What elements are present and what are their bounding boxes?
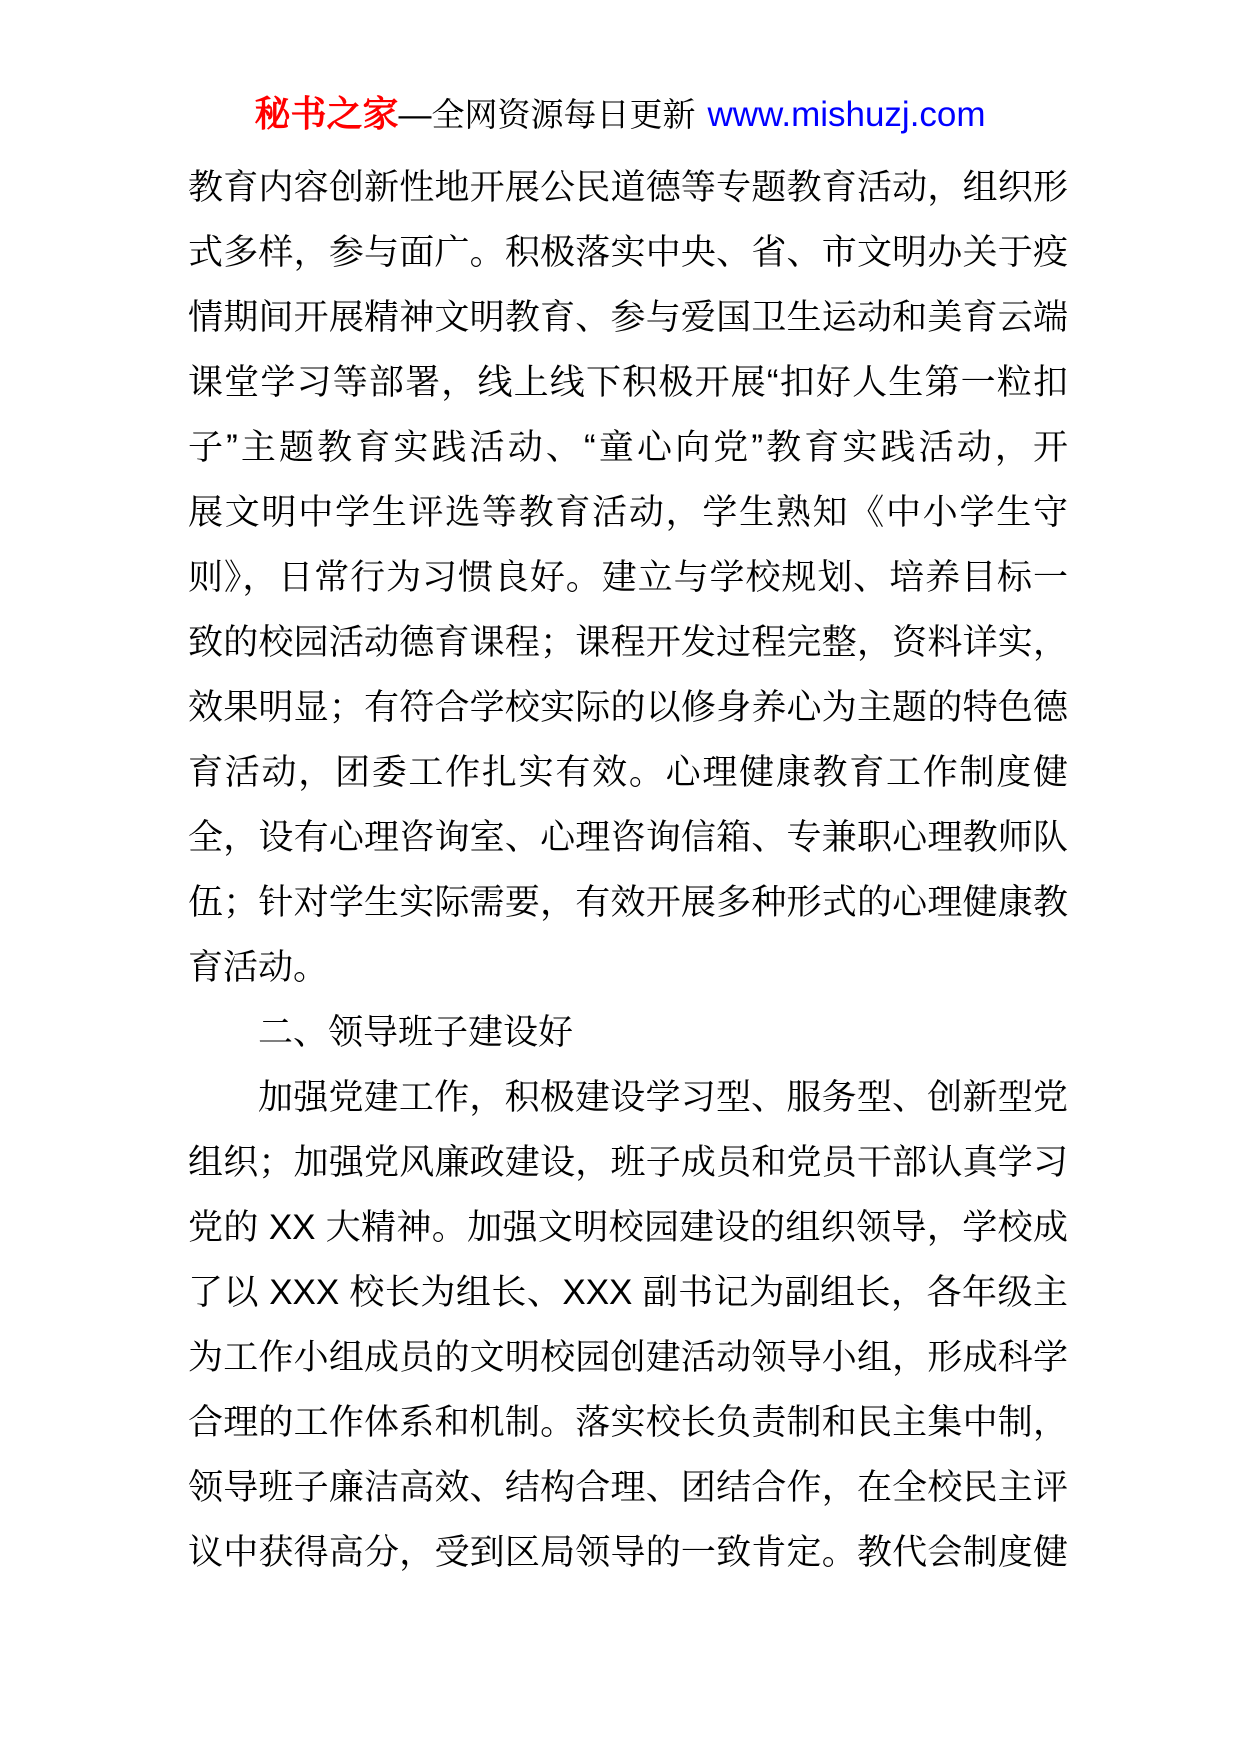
document-page: 秘书之家—全网资源每日更新www.mishuzj.com 教育内容创新性地开展公… — [0, 0, 1240, 1754]
text-line: 伍；针对学生实际需要，有效开展多种形式的心理健康教 — [188, 870, 1068, 935]
text-line: 加强党建工作，积极建设学习型、服务型、创新型党 — [188, 1065, 1068, 1130]
document-body: 教育内容创新性地开展公民道德等专题教育活动，组织形式多样，参与面广。积极落实中央… — [188, 155, 1068, 1585]
text-line: 组织；加强党风廉政建设，班子成员和党员干部认真学习 — [188, 1130, 1068, 1195]
text-line: 则》，日常行为习惯良好。建立与学校规划、培养目标一 — [188, 545, 1068, 610]
text-line: 党的 XX 大精神。加强文明校园建设的组织领导，学校成立 — [188, 1195, 1068, 1260]
text-line: 式多样，参与面广。积极落实中央、省、市文明办关于疫 — [188, 220, 1068, 285]
site-url-link[interactable]: www.mishuzj.com — [707, 95, 985, 134]
text-line: 课堂学习等部署，线上线下积极开展“扣好人生第一粒扣 — [188, 350, 1068, 415]
text-line: 了以 XXX 校长为组长、XXX 副书记为副组长，各年级主任 — [188, 1260, 1068, 1325]
text-line: 育活动，团委工作扎实有效。心理健康教育工作制度健 — [188, 740, 1068, 805]
text-line: 子”主题教育实践活动、“童心向党”教育实践活动，开 — [188, 415, 1068, 480]
text-line: 为工作小组成员的文明校园创建活动领导小组，形成科学 — [188, 1325, 1068, 1390]
text-line: 教育内容创新性地开展公民道德等专题教育活动，组织形 — [188, 155, 1068, 220]
section-heading: 二、领导班子建设好 — [188, 1000, 1068, 1065]
text-line: 合理的工作体系和机制。落实校长负责制和民主集中制， — [188, 1390, 1068, 1455]
text-line: 展文明中学生评选等教育活动，学生熟知《中小学生守 — [188, 480, 1068, 545]
site-header: 秘书之家—全网资源每日更新www.mishuzj.com — [0, 86, 1240, 142]
text-line: 育活动。 — [188, 935, 1068, 1000]
text-line: 议中获得高分，受到区局领导的一致肯定。教代会制度健 — [188, 1520, 1068, 1585]
site-tagline: —全网资源每日更新 — [398, 96, 695, 133]
site-brand: 秘书之家 — [254, 93, 398, 134]
text-line: 全，设有心理咨询室、心理咨询信箱、专兼职心理教师队 — [188, 805, 1068, 870]
text-line: 致的校园活动德育课程；课程开发过程完整，资料详实， — [188, 610, 1068, 675]
text-line: 领导班子廉洁高效、结构合理、团结合作，在全校民主评 — [188, 1455, 1068, 1520]
text-line: 效果明显；有符合学校实际的以修身养心为主题的特色德 — [188, 675, 1068, 740]
text-line: 情期间开展精神文明教育、参与爱国卫生运动和美育云端 — [188, 285, 1068, 350]
